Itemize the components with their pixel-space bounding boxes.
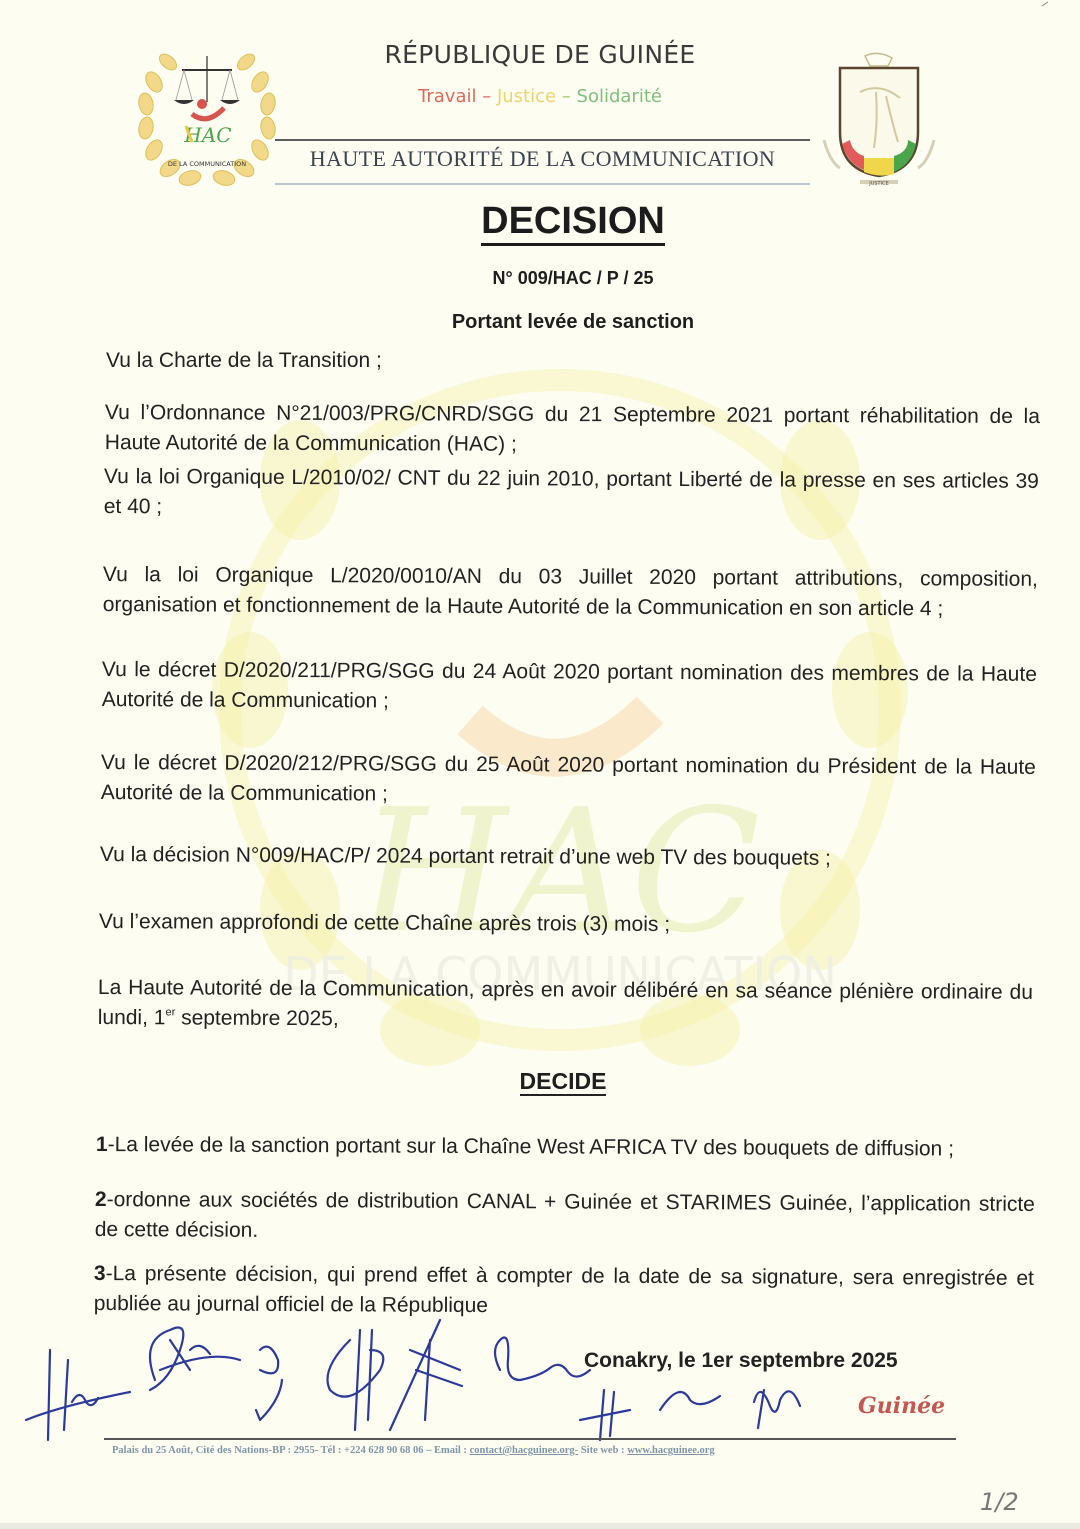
recital: Vu la décision N°009/HAC/P/ 2024 portant… <box>100 840 1035 875</box>
national-motto: Travail – Justice – Solidarité <box>330 86 750 107</box>
recital: Vu l’Ordonnance N°21/003/PRG/CNRD/SGG du… <box>105 398 1040 462</box>
footer-email-link[interactable]: contact@hacguinee.org- <box>470 1445 579 1456</box>
coat-of-arms-icon: JUSTICE <box>820 52 938 190</box>
footer-divider <box>104 1438 956 1440</box>
decide-heading: DECIDE <box>0 1068 1080 1095</box>
article-2: 2-ordonne aux sociétés de distribution C… <box>95 1185 1035 1250</box>
scan-mark-icon <box>1040 0 1050 8</box>
motto-word-justice: Justice <box>497 86 556 107</box>
place-and-date: Conakry, le 1er septembre 2025 <box>584 1349 898 1373</box>
recital: Vu le décret D/2020/211/PRG/SGG du 24 Ao… <box>102 655 1037 720</box>
page-number: 1/2 <box>980 1488 1019 1516</box>
header-divider-bottom <box>275 183 810 185</box>
article-text: -ordonne aux sociétés de distribution CA… <box>95 1188 1035 1242</box>
signatures-handwritten-icon <box>20 1310 820 1450</box>
recital: Vu le décret D/2020/212/PRG/SGG du 25 Ao… <box>101 748 1036 813</box>
ordinal-superscript: er <box>165 1006 175 1018</box>
recital: Vu l’examen approfondi de cette Chaîne a… <box>99 907 1034 942</box>
article-text: -La levée de la sanction portant sur la … <box>108 1133 954 1160</box>
deliberation-paragraph: La Haute Autorité de la Communication, a… <box>98 973 1033 1038</box>
header-divider-top <box>275 139 810 141</box>
article-number: 1 <box>96 1133 108 1156</box>
footer-web-label: Site web : <box>578 1445 627 1456</box>
motto-separator: – <box>556 86 576 107</box>
footer-address: Palais du 25 Août, Cité des Nations-BP :… <box>112 1445 470 1456</box>
authority-name: HAUTE AUTORITÉ DE LA COMMUNICATION <box>275 146 810 172</box>
motto-word-solidarite: Solidarité <box>577 86 662 107</box>
article-text: -La présente décision, qui prend effet à… <box>94 1262 1034 1317</box>
motto-separator: – <box>477 86 497 107</box>
document-number: N° 009/HAC / P / 25 <box>0 268 1080 289</box>
article-number: 2 <box>95 1188 107 1211</box>
decide-heading-text: DECIDE <box>520 1068 607 1096</box>
recital: Vu la loi Organique L/2010/02/ CNT du 22… <box>104 462 1039 527</box>
article-1: 1-La levée de la sanction portant sur la… <box>96 1130 1036 1165</box>
document-title: DECISION <box>0 200 1080 243</box>
footer-contact: Palais du 25 Août, Cité des Nations-BP :… <box>112 1445 962 1456</box>
footer-website-link[interactable]: www.hacguinee.org <box>627 1445 715 1456</box>
svg-text:DE LA COMMUNICATION: DE LA COMMUNICATION <box>168 160 246 168</box>
document-page: HAC DE LA COMMUNICATION <box>0 0 1080 1529</box>
guinee-stamp: Guinée <box>858 1393 945 1419</box>
article-number: 3 <box>94 1262 106 1285</box>
motto-word-travail: Travail <box>418 86 476 107</box>
svg-text:JUSTICE: JUSTICE <box>868 181 889 187</box>
hac-logo-icon: HAC DE LA COMMUNICATION <box>134 42 280 188</box>
scan-edge <box>0 1523 1080 1529</box>
recital: Vu la Charte de la Transition ; <box>106 346 1036 376</box>
document-title-text: DECISION <box>481 200 665 246</box>
country-title: RÉPUBLIQUE DE GUINÉE <box>330 40 750 69</box>
recital: Vu la loi Organique L/2020/0010/AN du 03… <box>103 560 1038 625</box>
document-subject: Portant levée de sanction <box>0 311 1080 334</box>
deliberation-text: septembre 2025, <box>175 1006 339 1030</box>
